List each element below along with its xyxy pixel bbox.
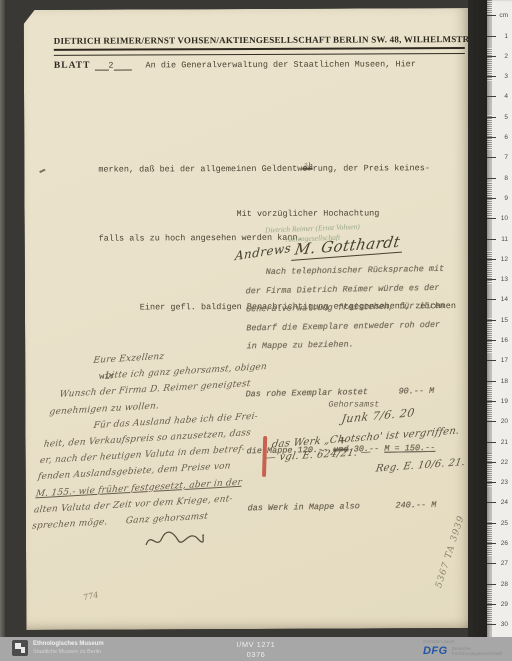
corrected-word: eräh — [302, 164, 312, 174]
ruler-cm-cell: 30 — [487, 605, 512, 625]
dfg-logo: DFG Deutsche Forschungsgemeinschaft — [423, 646, 502, 656]
ruler-cm-cell: 28 — [487, 564, 512, 584]
letterhead: DIETRICH REIMER/ERNST VOHSEN/AKTIENGESEL… — [54, 34, 466, 46]
scale-ruler: cm 1 2 3 4 5 6 7 — [487, 0, 512, 645]
ruler-cm-cell: 15 — [487, 300, 512, 320]
museum-line2: Staatliche Museen zu Berlin — [33, 648, 104, 656]
ruler-cm-cell: 13 — [487, 260, 512, 280]
viewer-footer: Ethnologisches Museum Staatliche Museen … — [0, 637, 512, 661]
dash-rule — [94, 62, 108, 71]
underlined-sum: M = 150.-- — [384, 443, 435, 454]
ruler-cm-cell: 2 — [487, 37, 512, 57]
scan-left-edge — [0, 0, 5, 637]
archive-scan-viewer: DIETRICH REIMER/ERNST VOHSEN/AKTIENGESEL… — [0, 0, 512, 661]
ruler-cm-cell: 25 — [487, 503, 512, 523]
ruler-cm-scale: cm 1 2 3 4 5 6 7 — [487, 0, 512, 645]
ruler-cm-cell: 19 — [487, 382, 512, 402]
museum-name: Ethnologisches Museum Staatliche Museen … — [33, 640, 104, 656]
ruler-cm-cell: 14 — [487, 280, 512, 300]
smb-logo-icon — [12, 640, 28, 656]
ruler-cm-cell: 11 — [487, 219, 512, 239]
ruler-cm-cell: 4 — [487, 77, 512, 97]
ruler-cm-cell: 24 — [487, 483, 512, 503]
ruler-cm-cell: 29 — [487, 585, 512, 605]
ruler-cm-cell: 27 — [487, 544, 512, 564]
pencil-page-number: 774 — [82, 590, 99, 602]
letterhead-rule — [54, 47, 465, 56]
closing-formula: Mit vorzüglicher Hochachtung — [237, 208, 380, 219]
ruler-cm-cell: 8 — [487, 158, 512, 178]
typed-line: merken, daß bei der allgemeinen Geldentw… — [98, 157, 455, 182]
ruler-cm-cell: 22 — [487, 443, 512, 463]
pencil-margin-number: 5367 TA 3939 — [434, 514, 467, 589]
ruler-cm-cell: 23 — [487, 463, 512, 483]
funder-block: Gefördert durch DFG Deutsche Forschungsg… — [423, 639, 502, 656]
pencil-tick-mark — [39, 169, 45, 173]
scan-page-number: 0376 — [237, 650, 276, 660]
ruler-cm-cell: 16 — [487, 321, 512, 341]
dash-rule — [114, 62, 132, 71]
handwritten-block: Eure Exzellenzbitte ich ganz gehorsamst,… — [31, 342, 284, 535]
price-line: das Werk in Mappe also 240.-- M — [247, 496, 436, 518]
ruler-cm-cell: 18 — [487, 361, 512, 381]
ruler-cm-cell: 3 — [487, 57, 512, 77]
signature-illegible-scribble — [143, 524, 208, 558]
typed-text: merken, daß bei der allgemeinen Geldentw — [98, 164, 302, 175]
ruler-cm-cell: 17 — [487, 341, 512, 361]
blatt-row: BLATT 2 An die Generalverwaltung der Sta… — [54, 59, 416, 71]
ruler-cm-cell: 7 — [487, 138, 512, 158]
dfg-name-line2: Forschungsgemeinschaft — [452, 651, 502, 656]
handwritten-correction: äh — [302, 154, 314, 178]
dfg-name: Deutsche Forschungsgemeinschaft — [452, 646, 502, 656]
ruler-cm-cell: 5 — [487, 97, 512, 117]
scan-gutter-shadow — [468, 0, 487, 645]
shelfmark-block: I/MV 1271 0376 — [237, 640, 276, 659]
ruler-cm-cell: 9 — [487, 179, 512, 199]
ruler-cm-cell: 6 — [487, 118, 512, 138]
ruler-cm-cell: 10 — [487, 199, 512, 219]
dfg-abbr: DFG — [423, 648, 448, 654]
letter-page: DIETRICH REIMER/ERNST VOHSEN/AKTIENGESEL… — [24, 8, 472, 630]
typed-text: rung, der Preis keines- — [313, 163, 430, 174]
shelfmark: I/MV 1271 — [237, 640, 276, 650]
smb-logo-shape — [21, 647, 25, 653]
ruler-cm-cell: 26 — [487, 524, 512, 544]
blatt-label: BLATT — [54, 61, 91, 71]
ruler-cm-cell: 21 — [487, 422, 512, 442]
ruler-cm-cell: 20 — [487, 402, 512, 422]
ruler-cm-cell: cm — [487, 0, 512, 16]
addressee: An die Generalverwaltung der Staatlichen… — [145, 59, 415, 70]
museum-branding: Ethnologisches Museum Staatliche Museen … — [12, 640, 104, 656]
ruler-cm-cell: 1 — [487, 16, 512, 36]
ruler-cm-cell: 12 — [487, 240, 512, 260]
museum-line1: Ethnologisches Museum — [33, 640, 104, 648]
gehorsamst: Gehorsamst — [328, 399, 379, 409]
